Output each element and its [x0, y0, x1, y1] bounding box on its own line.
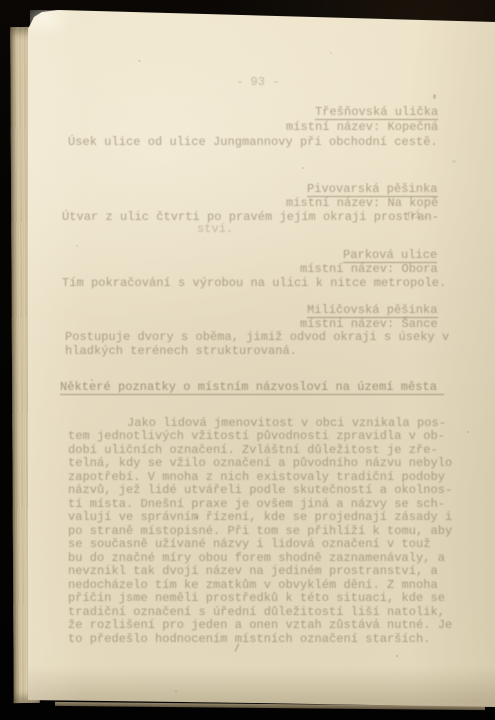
- scanned-book-page: - 93 - Třešňovská ulička místní název: K…: [0, 0, 495, 720]
- page-corner-curl: [30, 10, 76, 44]
- book-page-paper: [28, 9, 495, 708]
